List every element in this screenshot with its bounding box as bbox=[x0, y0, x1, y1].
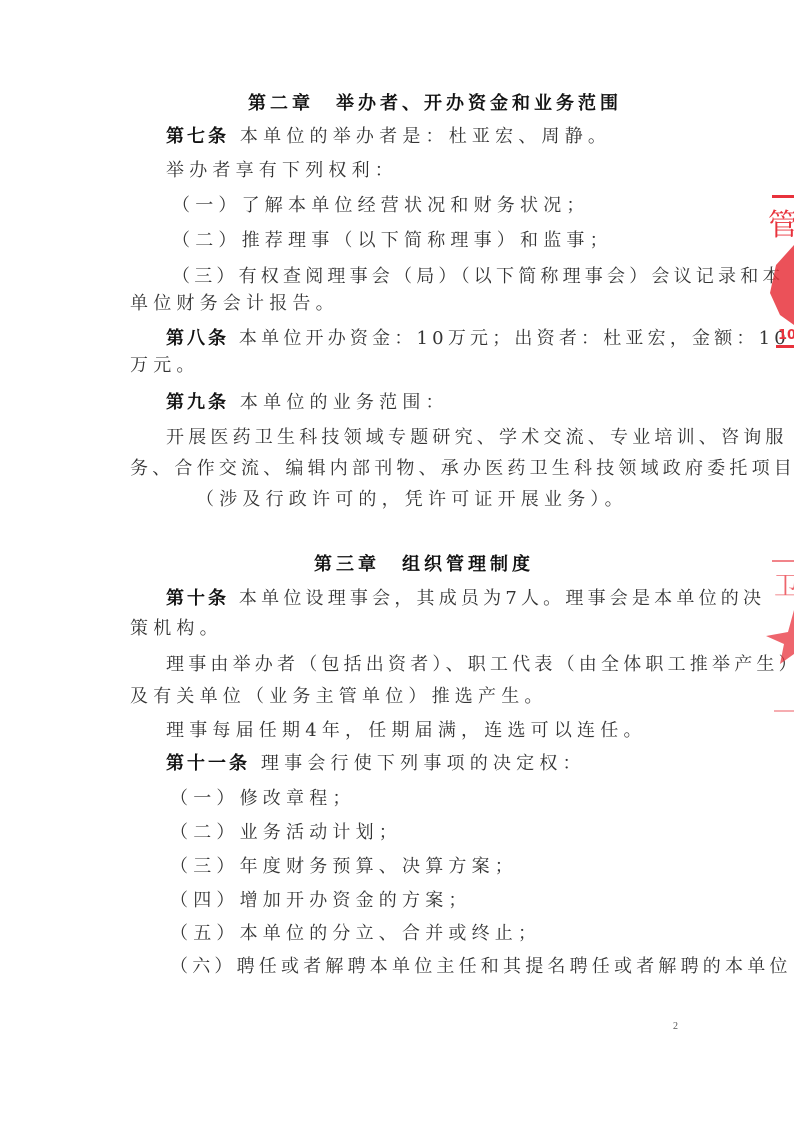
article-8-text: 本单位开办资金：10万元；出资者：杜亚宏，金额：10 bbox=[239, 328, 790, 349]
document-page: 第二章 举办者、开办资金和业务范围 第七条 本单位的举办者是：杜亚宏、周静。 举… bbox=[0, 0, 794, 1122]
scope-line-2: 务、合作交流、编辑内部刊物、承办医药卫生科技领域政府委托项目。 bbox=[130, 458, 794, 480]
seal-top-char: 管 bbox=[768, 200, 794, 244]
power-1: （一）修改章程； bbox=[170, 788, 356, 810]
power-2: （二）业务活动计划； bbox=[170, 822, 402, 844]
article-7: 第七条 本单位的举办者是：杜亚宏、周静。 bbox=[166, 126, 611, 148]
scope-note: （涉及行政许可的，凭许可证开展业务）。 bbox=[196, 489, 628, 511]
seal-bottom-char: 卫 bbox=[774, 566, 794, 603]
article-9-label: 第九条 bbox=[166, 392, 229, 413]
power-4: （四）增加开办资金的方案； bbox=[170, 890, 472, 912]
power-6: （六）聘任或者解聘本单位主任和其提名聘任或者解聘的本单位 bbox=[170, 956, 792, 978]
directors-origin-cont: 及有关单位（业务主管单位）推选产生。 bbox=[130, 686, 548, 708]
directors-origin: 理事由举办者（包括出资者）、职工代表（由全体职工推举产生） bbox=[166, 654, 794, 676]
right-3-cont: 单位财务会计报告。 bbox=[130, 293, 339, 315]
article-11-text: 理事会行使下列事项的决定权： bbox=[261, 753, 586, 774]
chapter-3-title: 第三章 组织管理制度 bbox=[314, 554, 534, 576]
article-11: 第十一条 理事会行使下列事项的决定权： bbox=[166, 753, 586, 775]
article-9: 第九条 本单位的业务范围： bbox=[166, 392, 449, 414]
article-7-text: 本单位的举办者是：杜亚宏、周静。 bbox=[240, 126, 611, 147]
article-8: 第八条 本单位开办资金：10万元；出资者：杜亚宏，金额：10 bbox=[166, 328, 790, 350]
power-5: （五）本单位的分立、合并或终止； bbox=[170, 923, 541, 945]
seal-star-icon bbox=[766, 610, 794, 664]
directors-term: 理事每届任期4年，任期届满，连选可以连任。 bbox=[166, 720, 647, 742]
right-1: （一）了解本单位经营状况和财务状况； bbox=[172, 195, 590, 217]
page-number: 2 bbox=[673, 1021, 678, 1032]
scope-line-1: 开展医药卫生科技领域专题研究、学术交流、专业培训、咨询服 bbox=[166, 427, 788, 449]
chapter-2-title: 第二章 举办者、开办资金和业务范围 bbox=[248, 93, 622, 115]
article-9-text: 本单位的业务范围： bbox=[240, 392, 449, 413]
rights-intro: 举办者享有下列权利： bbox=[166, 160, 398, 182]
right-2: （二）推荐理事（以下简称理事）和监事； bbox=[172, 230, 613, 252]
power-3: （三）年度财务预算、决算方案； bbox=[170, 856, 518, 878]
article-8-cont: 万元。 bbox=[130, 355, 200, 377]
article-10-cont: 策机构。 bbox=[130, 618, 223, 640]
article-10: 第十条 本单位设理事会，其成员为7人。理事会是本单位的决 bbox=[166, 588, 765, 610]
seal-top-number: 10 bbox=[778, 328, 794, 343]
article-11-label: 第十一条 bbox=[166, 753, 250, 774]
article-10-label: 第十条 bbox=[166, 588, 229, 609]
article-10-text: 本单位设理事会，其成员为7人。理事会是本单位的决 bbox=[239, 588, 765, 609]
right-3: （三）有权查阅理事会（局）（以下简称理事会）会议记录和本 bbox=[172, 266, 785, 288]
seal-star-icon bbox=[766, 245, 794, 325]
article-8-label: 第八条 bbox=[166, 328, 229, 349]
article-7-label: 第七条 bbox=[166, 126, 229, 147]
